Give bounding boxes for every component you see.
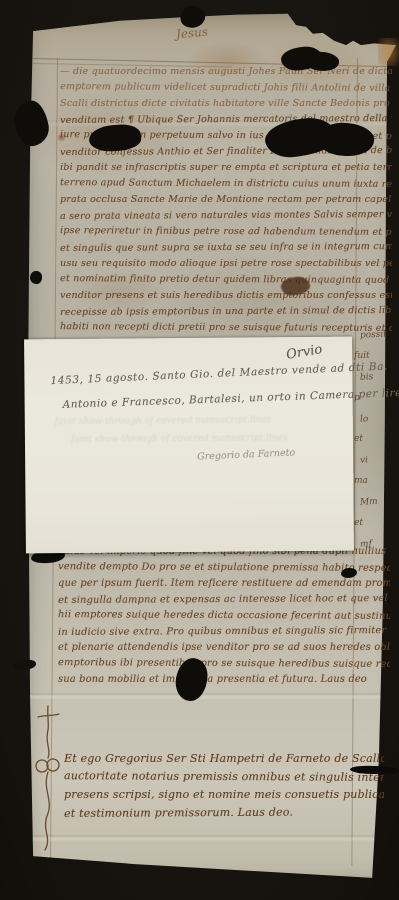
manuscript-line: in iudicio sive extra. Pro quibus omnibu… bbox=[58, 623, 390, 641]
manuscript-top-block: — die quatuordecimo mensis augusti Johes… bbox=[60, 64, 392, 338]
manuscript-line-fragment: Mm bbox=[354, 494, 396, 511]
manuscript-line: Scalli districtus dicte civitatis habita… bbox=[60, 96, 392, 112]
manuscript-line: prata occlusa Sancte Marie de Montione r… bbox=[60, 192, 392, 208]
manuscript-line: venditor presens et suis heredibus dicti… bbox=[60, 288, 392, 304]
manuscript-line: que per ipsum fuerit. Item reficere rest… bbox=[58, 576, 390, 592]
manuscript-line: ibi pandit se infrascriptis super re emp… bbox=[60, 160, 392, 176]
manuscript-line: habiti non recepti dicti pretii pro se s… bbox=[60, 319, 392, 337]
photo-background: Jesus — die quatuordecimo mensis augusti… bbox=[0, 0, 399, 900]
notary-subscription-block: Et ego Gregorius Ser Sti Hampetri de Far… bbox=[64, 750, 384, 826]
manuscript-line-fragment: lo bbox=[354, 410, 396, 427]
corner-stain bbox=[378, 38, 399, 66]
archivist-slip: Orvio 1453, 15 agosto. Santo Gio. del Ma… bbox=[24, 337, 354, 554]
manuscript-line: auctoritate notarius premissis omnibus e… bbox=[64, 767, 384, 787]
manuscript-line-fragment: possit bbox=[354, 328, 396, 344]
manuscript-line: emptorem publicum videlicet supradicti J… bbox=[60, 79, 392, 97]
manuscript-line: ipse reperiretur in finibus petre rose a… bbox=[60, 223, 392, 241]
manuscript-line: sua bona mobilia et immobilia presentia … bbox=[58, 672, 390, 688]
manuscript-line: et nominatim finito pretio detur quidem … bbox=[60, 271, 392, 289]
slip-bleedthrough: faint show-through of covered manuscript… bbox=[71, 433, 311, 445]
manuscript-line-fragment: vi bbox=[354, 452, 396, 469]
manuscript-line: hii emptores suique heredes dicta occasi… bbox=[58, 607, 390, 625]
slip-signature: Gregorio da Farneto bbox=[197, 447, 295, 462]
manuscript-line: et singulis que sunt supra se iuxta se s… bbox=[60, 239, 392, 257]
manuscript-line: Et ego Gregorius Ser Sti Hampetri de Far… bbox=[64, 750, 384, 768]
slip-summary-line-1: 1453, 15 agosto. Santo Gio. del Maestro … bbox=[50, 360, 388, 387]
manuscript-line-fragment: et bbox=[354, 432, 396, 447]
manuscript-line-fragment: ma bbox=[354, 474, 396, 489]
manuscript-line: recepisse ab ipsis emptoribus in una par… bbox=[60, 303, 392, 321]
manuscript-line: usu seu requisito modo alioque ipsi petr… bbox=[60, 256, 392, 272]
fold-crease bbox=[26, 693, 399, 700]
fold-crease bbox=[26, 835, 399, 842]
manuscript-line: a sero prata vineata si vero naturales v… bbox=[60, 207, 392, 225]
small-stain bbox=[57, 133, 66, 142]
slip-place-label: Orvio bbox=[285, 342, 323, 363]
manuscript-line: et testimonium premissorum. Laus deo. bbox=[64, 803, 384, 823]
manuscript-bottom-block: cuius vel imperio quod fine vel quod fin… bbox=[58, 544, 390, 690]
manuscript-line-fragment: et bbox=[354, 516, 396, 531]
parchment-hole bbox=[30, 271, 42, 284]
notary-signum-icon bbox=[33, 700, 63, 852]
manuscript-line: et singulla dampna et expensas ac intere… bbox=[58, 591, 390, 609]
manuscript-line: et plenarie attendendis ipse venditor pr… bbox=[58, 640, 390, 656]
slip-bleedthrough: faint show-through of covered manuscript… bbox=[55, 415, 325, 427]
manuscript-line: presens scripsi, signo et nomine meis co… bbox=[64, 786, 384, 804]
manuscript-line: — die quatuordecimo mensis augusti Johes… bbox=[60, 64, 392, 80]
slip-summary-line-2: Antonio e Francesco, Bartalesi, un orto … bbox=[62, 386, 399, 411]
manuscript-line: emptoribus ibi presentibus pro se suisqu… bbox=[58, 655, 390, 673]
manuscript-line: terreno apud Sanctum Michaelem in distri… bbox=[60, 175, 392, 193]
